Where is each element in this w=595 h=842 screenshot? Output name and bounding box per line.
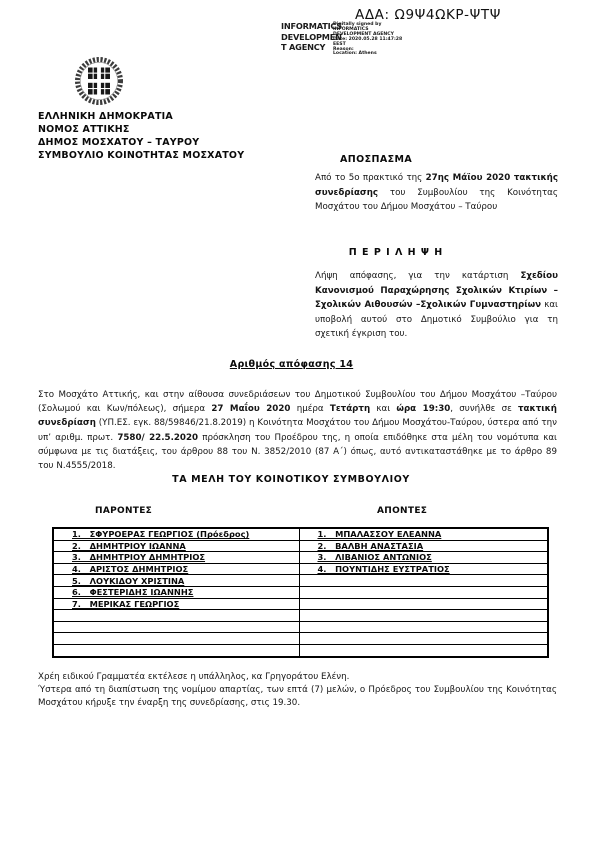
member-entry: 1. ΣΦΥΡΟΕΡΑΣ ΓΕΩΡΓΙΟΣ (Πρόεδρος) <box>72 529 249 539</box>
member-entry: 4. ΑΡΙΣΤΟΣ ΔΗΜΗΤΡΙΟΣ <box>72 564 188 574</box>
table-row <box>53 621 548 633</box>
member-entry: 1. ΜΠΑΛΑΣΣΟΥ ΕΛΕΑΝΝΑ <box>318 529 442 539</box>
member-entry: 2. ΔΗΜΗΤΡΙΟΥ ΙΩΑΝΝΑ <box>72 541 186 551</box>
table-row: 4. ΑΡΙΣΤΟΣ ΔΗΜΗΤΡΙΟΣ4. ΠΟΥΝΤΙΔΗΣ ΕΥΣΤΡΑΤ… <box>53 563 548 575</box>
apospasma-title: ΑΠΟΣΠΑΣΜΑ <box>340 154 412 165</box>
present-member-cell: 7. ΜΕΡΙΚΑΣ ΓΕΩΡΓΙΟΣ <box>53 598 299 610</box>
absent-member-cell <box>299 598 548 610</box>
letterhead-line-republic: ΕΛΛΗΝΙΚΗ ΔΗΜΟΚΡΑΤΙΑ <box>38 110 244 123</box>
present-member-cell: 6. ΦΕΣΤΕΡΙΔΗΣ ΙΩΑΝΝΗΣ <box>53 586 299 598</box>
session-details-paragraph: Στο Μοσχάτο Αττικής, και στην αίθουσα συ… <box>38 388 557 473</box>
perilipsi-title: Π Ε Ρ Ι Λ Η Ψ Η <box>315 247 477 258</box>
member-entry: 4. ΠΟΥΝΤΙΔΗΣ ΕΥΣΤΡΑΤΙΟΣ <box>318 564 450 574</box>
present-header: ΠΑΡΟΝΤΕΣ <box>95 506 152 516</box>
letterhead-line-municipality: ΔΗΜΟΣ ΜΟΣΧΑΤΟΥ – ΤΑΥΡΟΥ <box>38 136 244 149</box>
absent-header: ΑΠΟΝΤΕΣ <box>377 506 427 516</box>
present-member-cell: 4. ΑΡΙΣΤΟΣ ΔΗΜΗΤΡΙΟΣ <box>53 563 299 575</box>
member-entry: 6. ΦΕΣΤΕΡΙΔΗΣ ΙΩΑΝΝΗΣ <box>72 587 193 597</box>
present-member-cell <box>53 633 299 645</box>
ada-code: ΑΔΑ: Ω9Ψ4ΩΚΡ-ΨΤΨ <box>355 7 501 23</box>
members-title: ΤΑ ΜΕΛΗ ΤΟΥ ΚΟΙΝΟΤΙΚΟΥ ΣΥΜΒΟΥΛΙΟΥ <box>0 474 582 485</box>
member-entry: 2. ΒΑΛΒΗ ΑΝΑΣΤΑΣΙΑ <box>318 541 424 551</box>
absent-member-cell <box>299 644 548 656</box>
absent-member-cell: 4. ΠΟΥΝΤΙΔΗΣ ΕΥΣΤΡΑΤΙΟΣ <box>299 563 548 575</box>
signature-detail-line: Location: Athens <box>333 52 402 57</box>
present-member-cell: 2. ΔΗΜΗΤΡΙΟΥ ΙΩΑΝΝΑ <box>53 540 299 552</box>
letterhead: ΕΛΛΗΝΙΚΗ ΔΗΜΟΚΡΑΤΙΑ ΝΟΜΟΣ ΑΤΤΙΚΗΣ ΔΗΜΟΣ … <box>38 110 244 162</box>
absent-member-cell <box>299 575 548 587</box>
absent-member-cell <box>299 633 548 645</box>
absent-member-cell: 2. ΒΑΛΒΗ ΑΝΑΣΤΑΣΙΑ <box>299 540 548 552</box>
member-entry: 5. ΛΟΥΚΙΔΟΥ ΧΡΙΣΤΙΝΑ <box>72 576 184 586</box>
table-row: 1. ΣΦΥΡΟΕΡΑΣ ΓΕΩΡΓΙΟΣ (Πρόεδρος)1. ΜΠΑΛΑ… <box>53 528 548 540</box>
absent-member-cell <box>299 610 548 622</box>
table-row <box>53 633 548 645</box>
table-row <box>53 610 548 622</box>
table-row: 2. ΔΗΜΗΤΡΙΟΥ ΙΩΑΝΝΑ2. ΒΑΛΒΗ ΑΝΑΣΤΑΣΙΑ <box>53 540 548 552</box>
table-row: 7. ΜΕΡΙΚΑΣ ΓΕΩΡΓΙΟΣ <box>53 598 548 610</box>
present-member-cell: 5. ΛΟΥΚΙΔΟΥ ΧΡΙΣΤΙΝΑ <box>53 575 299 587</box>
decision-number-title: Αριθμός απόφασης 14 <box>0 359 583 370</box>
absent-member-cell: 3. ΛΙΒΑΝΙΟΣ ΑΝΤΩΝΙΟΣ <box>299 552 548 564</box>
hellenic-republic-emblem-icon <box>73 55 125 107</box>
secretary-note: Χρέη ειδικού Γραμματέα εκτέλεσε η υπάλλη… <box>38 671 557 684</box>
apospasma-paragraph: Από το 5ο πρακτικό της 27ης Μάϊου 2020 τ… <box>315 171 558 215</box>
present-member-cell <box>53 621 299 633</box>
perilipsi-paragraph: Λήψη απόφασης, για την κατάρτιση Σχεδίου… <box>315 269 558 342</box>
present-member-cell: 3. ΔΗΜΗΤΡΙΟΥ ΔΗΜΗΤΡΙΟΣ <box>53 552 299 564</box>
letterhead-line-prefecture: ΝΟΜΟΣ ΑΤΤΙΚΗΣ <box>38 123 244 136</box>
member-entry: 3. ΛΙΒΑΝΙΟΣ ΑΝΤΩΝΙΟΣ <box>318 552 432 562</box>
table-row: 6. ΦΕΣΤΕΡΙΔΗΣ ΙΩΑΝΝΗΣ <box>53 586 548 598</box>
letterhead-line-council: ΣΥΜΒΟΥΛΙΟ ΚΟΙΝΟΤΗΤΑΣ ΜΟΣΧΑΤΟΥ <box>38 149 244 162</box>
absent-member-cell: 1. ΜΠΑΛΑΣΣΟΥ ΕΛΕΑΝΝΑ <box>299 528 548 540</box>
present-member-cell <box>53 644 299 656</box>
present-member-cell: 1. ΣΦΥΡΟΕΡΑΣ ΓΕΩΡΓΙΟΣ (Πρόεδρος) <box>53 528 299 540</box>
absent-member-cell <box>299 586 548 598</box>
footer-notes: Χρέη ειδικού Γραμματέα εκτέλεσε η υπάλλη… <box>38 671 557 709</box>
quorum-note: Ύστερα από τη διαπίστωση της νομίμου απα… <box>38 684 557 710</box>
table-row: 5. ΛΟΥΚΙΔΟΥ ΧΡΙΣΤΙΝΑ <box>53 575 548 587</box>
table-row: 3. ΔΗΜΗΤΡΙΟΥ ΔΗΜΗΤΡΙΟΣ3. ΛΙΒΑΝΙΟΣ ΑΝΤΩΝΙ… <box>53 552 548 564</box>
absent-member-cell <box>299 621 548 633</box>
signature-stamp-details: Digitally signed by INFORMATICS DEVELOPM… <box>333 23 402 57</box>
members-table: 1. ΣΦΥΡΟΕΡΑΣ ΓΕΩΡΓΙΟΣ (Πρόεδρος)1. ΜΠΑΛΑ… <box>52 527 549 658</box>
present-member-cell <box>53 610 299 622</box>
member-entry: 7. ΜΕΡΙΚΑΣ ΓΕΩΡΓΙΟΣ <box>72 599 179 609</box>
table-row <box>53 644 548 656</box>
member-entry: 3. ΔΗΜΗΤΡΙΟΥ ΔΗΜΗΤΡΙΟΣ <box>72 552 205 562</box>
document-page: ΑΔΑ: Ω9Ψ4ΩΚΡ-ΨΤΨ INFORMATICS DEVELOPMEN … <box>0 0 595 842</box>
